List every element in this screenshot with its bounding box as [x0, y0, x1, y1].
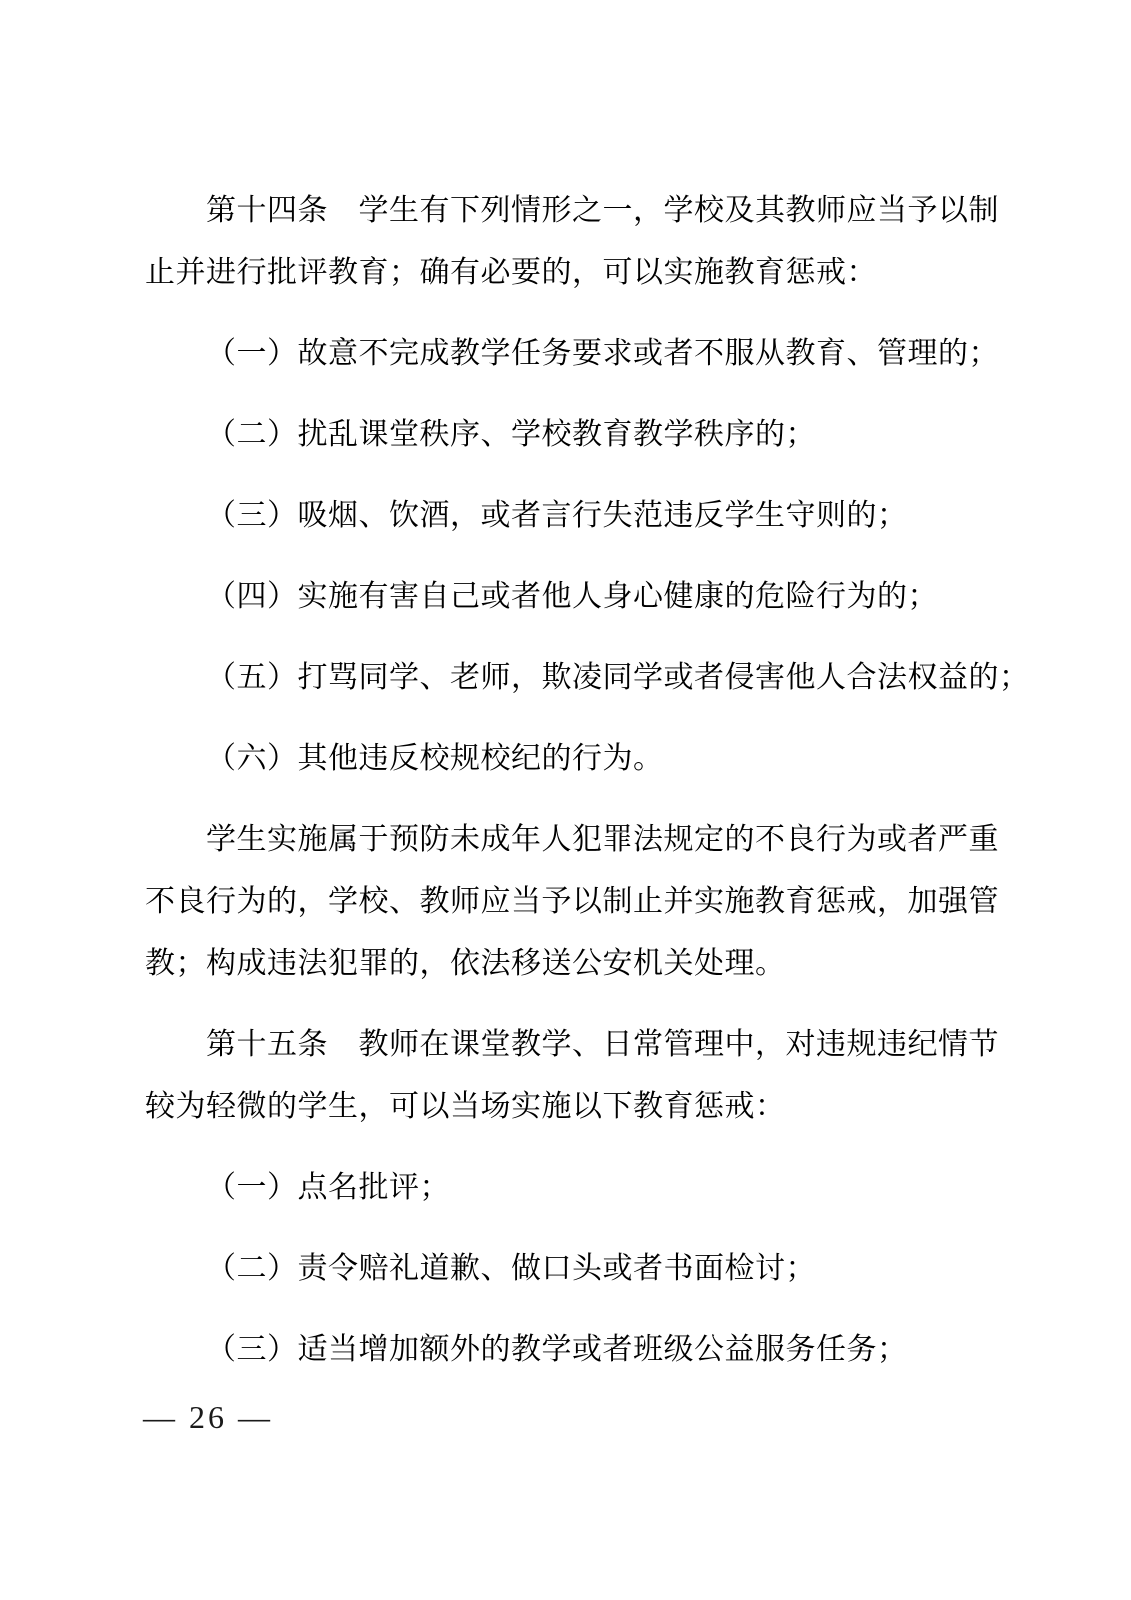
article-14-item-4-text: （四）实施有害自己或者他人身心健康的危险行为的； [145, 566, 1015, 628]
article-15-item-3-text: （三）适当增加额外的教学或者班级公益服务任务； [145, 1319, 1015, 1381]
page-footer: — 26 — [143, 1396, 273, 1438]
article-14-item-1-text: （一）故意不完成教学任务要求或者不服从教育、管理的； [145, 323, 1015, 385]
article-14-closing-line-1: 学生实施属于预防未成年人犯罪法规定的不良行为或者严重 [145, 809, 1015, 871]
article-14-closing-line-2: 不良行为的，学校、教师应当予以制止并实施教育惩戒，加强管 [145, 871, 1015, 933]
article-15-item-2: （二）责令赔礼道歉、做口头或者书面检讨； [145, 1238, 1015, 1300]
document-page: 第十四条 学生有下列情形之一，学校及其教师应当予以制 止并进行批评教育；确有必要… [0, 0, 1131, 1600]
article-14-item-3: （三）吸烟、饮酒，或者言行失范违反学生守则的； [145, 485, 1015, 547]
article-14-opening-line-1: 第十四条 学生有下列情形之一，学校及其教师应当予以制 [145, 180, 1015, 242]
article-15-opening-line-2: 较为轻微的学生，可以当场实施以下教育惩戒： [145, 1076, 1015, 1138]
article-14-item-2: （二）扰乱课堂秩序、学校教育教学秩序的； [145, 404, 1015, 466]
article-15-item-3: （三）适当增加额外的教学或者班级公益服务任务； [145, 1319, 1015, 1381]
page-number: — 26 — [143, 1399, 273, 1435]
article-14-item-1: （一）故意不完成教学任务要求或者不服从教育、管理的； [145, 323, 1015, 385]
article-14-item-5-text: （五）打骂同学、老师，欺凌同学或者侵害他人合法权益的； [145, 647, 1015, 709]
article-15-item-1: （一）点名批评； [145, 1157, 1015, 1219]
article-14-item-4: （四）实施有害自己或者他人身心健康的危险行为的； [145, 566, 1015, 628]
article-14-item-6-text: （六）其他违反校规校纪的行为。 [145, 728, 1015, 790]
article-15-item-1-text: （一）点名批评； [145, 1157, 1015, 1219]
article-15-opening-paragraph: 第十五条 教师在课堂教学、日常管理中，对违规违纪情节 较为轻微的学生，可以当场实… [145, 1014, 1015, 1138]
article-14-item-3-text: （三）吸烟、饮酒，或者言行失范违反学生守则的； [145, 485, 1015, 547]
article-14-item-6: （六）其他违反校规校纪的行为。 [145, 728, 1015, 790]
article-14-closing-paragraph: 学生实施属于预防未成年人犯罪法规定的不良行为或者严重 不良行为的，学校、教师应当… [145, 809, 1015, 995]
article-14-opening-paragraph: 第十四条 学生有下列情形之一，学校及其教师应当予以制 止并进行批评教育；确有必要… [145, 180, 1015, 304]
article-15-opening-line-1: 第十五条 教师在课堂教学、日常管理中，对违规违纪情节 [145, 1014, 1015, 1076]
article-14-item-2-text: （二）扰乱课堂秩序、学校教育教学秩序的； [145, 404, 1015, 466]
article-14-item-5: （五）打骂同学、老师，欺凌同学或者侵害他人合法权益的； [145, 647, 1015, 709]
article-14-opening-line-2: 止并进行批评教育；确有必要的，可以实施教育惩戒： [145, 242, 1015, 304]
article-14-closing-line-3: 教；构成违法犯罪的，依法移送公安机关处理。 [145, 933, 1015, 995]
article-15-item-2-text: （二）责令赔礼道歉、做口头或者书面检讨； [145, 1238, 1015, 1300]
document-body: 第十四条 学生有下列情形之一，学校及其教师应当予以制 止并进行批评教育；确有必要… [145, 180, 1015, 1381]
